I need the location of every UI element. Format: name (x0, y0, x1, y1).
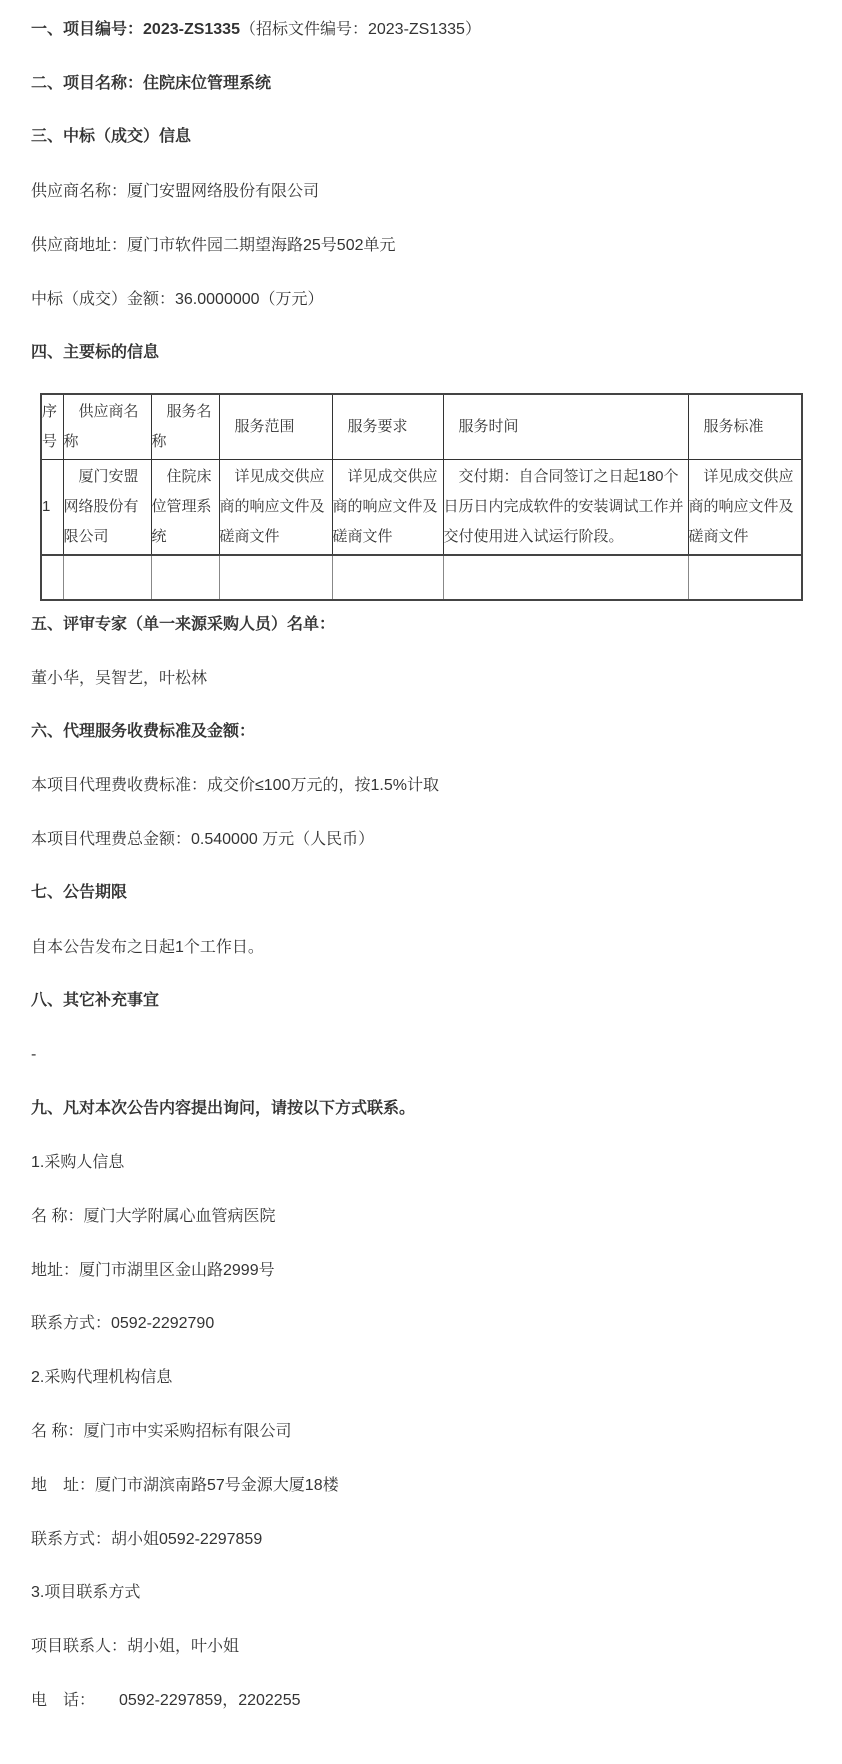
buyer-heading: 1.采购人信息 (31, 1152, 124, 1174)
header-service-time: 服务时间 (443, 394, 688, 460)
project-contact-heading: 3.项目联系方式 (31, 1582, 140, 1604)
buyer-address: 地址：厦门市湖里区金山路2999号 (31, 1260, 275, 1282)
supplier-name: 供应商名称：厦门安盟网络股份有限公司 (31, 181, 319, 203)
cell-service-name: 住院床位管理系统 (151, 460, 219, 556)
header-index: 序号 (41, 394, 63, 460)
award-info-heading: 三、中标（成交）信息 (31, 126, 191, 148)
empty-cell (332, 555, 443, 600)
project-name-heading: 二、项目名称：住院床位管理系统 (31, 73, 271, 95)
contact-heading: 九、凡对本次公告内容提出询问，请按以下方式联系。 (31, 1098, 415, 1120)
notice-period-text: 自本公告发布之日起1个工作日。 (31, 937, 264, 959)
buyer-name: 名 称：厦门大学附属心血管病医院 (31, 1206, 275, 1228)
experts-heading: 五、评审专家（单一来源采购人员）名单： (31, 614, 335, 636)
table-row: 1 厦门安盟网络股份有限公司 住院床位管理系统 详见成交供应商的响应文件及磋商文… (41, 460, 802, 556)
empty-cell (151, 555, 219, 600)
agency-contact: 联系方式：胡小姐0592-2297859 (31, 1529, 262, 1551)
cell-service-standard: 详见成交供应商的响应文件及磋商文件 (688, 460, 802, 556)
agency-fee-heading: 六、代理服务收费标准及金额： (31, 721, 255, 743)
tender-doc-number: （招标文件编号：2023-ZS1335） (240, 21, 481, 38)
award-amount: 中标（成交）金额：36.0000000（万元） (31, 289, 324, 311)
empty-cell (219, 555, 332, 600)
cell-service-requirements: 详见成交供应商的响应文件及磋商文件 (332, 460, 443, 556)
header-service-name: 服务名称 (151, 394, 219, 460)
agency-fee-standard: 本项目代理费收费标准：成交价≤100万元的，按1.5%计取 (31, 775, 439, 797)
project-number-label: 一、项目编号： (31, 21, 143, 38)
agency-name: 名 称：厦门市中实采购招标有限公司 (31, 1421, 291, 1443)
agency-address: 地 址：厦门市湖滨南路57号金源大厦18楼 (31, 1475, 339, 1497)
table-header-row: 序号 供应商名称 服务名称 服务范围 服务要求 服务时间 服务标准 (41, 394, 802, 460)
experts-names: 董小华，吴智艺，叶松林 (31, 668, 207, 690)
supplier-address: 供应商地址：厦门市软件园二期望海路25号502单元 (31, 235, 396, 257)
other-matters-text: - (31, 1044, 36, 1066)
main-items-table: 序号 供应商名称 服务名称 服务范围 服务要求 服务时间 服务标准 1 厦门安盟… (40, 393, 803, 601)
project-number-code: 2023-ZS1335 (143, 21, 240, 38)
project-contact-persons: 项目联系人：胡小姐，叶小姐 (31, 1636, 239, 1658)
header-service-requirements: 服务要求 (332, 394, 443, 460)
cell-service-scope: 详见成交供应商的响应文件及磋商文件 (219, 460, 332, 556)
buyer-contact: 联系方式：0592-2292790 (31, 1313, 214, 1335)
agency-heading: 2.采购代理机构信息 (31, 1367, 172, 1389)
empty-cell (63, 555, 151, 600)
header-service-standard: 服务标准 (688, 394, 802, 460)
cell-supplier: 厦门安盟网络股份有限公司 (63, 460, 151, 556)
empty-cell (443, 555, 688, 600)
other-matters-heading: 八、其它补充事宜 (31, 990, 159, 1012)
agency-fee-total: 本项目代理费总金额：0.540000 万元（人民币） (31, 829, 374, 851)
header-service-scope: 服务范围 (219, 394, 332, 460)
empty-cell (688, 555, 802, 600)
table-row-empty (41, 555, 802, 600)
main-items-heading: 四、主要标的信息 (31, 342, 159, 364)
project-phone: 电 话： 0592-2297859，2202255 (31, 1690, 301, 1712)
cell-index: 1 (41, 460, 63, 556)
cell-service-time: 交付期：自合同签订之日起180个日历日内完成软件的安装调试工作并交付使用进入试运… (443, 460, 688, 556)
notice-period-heading: 七、公告期限 (31, 882, 127, 904)
empty-cell (41, 555, 63, 600)
project-number-line: 一、项目编号：2023-ZS1335（招标文件编号：2023-ZS1335） (31, 19, 481, 41)
header-supplier: 供应商名称 (63, 394, 151, 460)
